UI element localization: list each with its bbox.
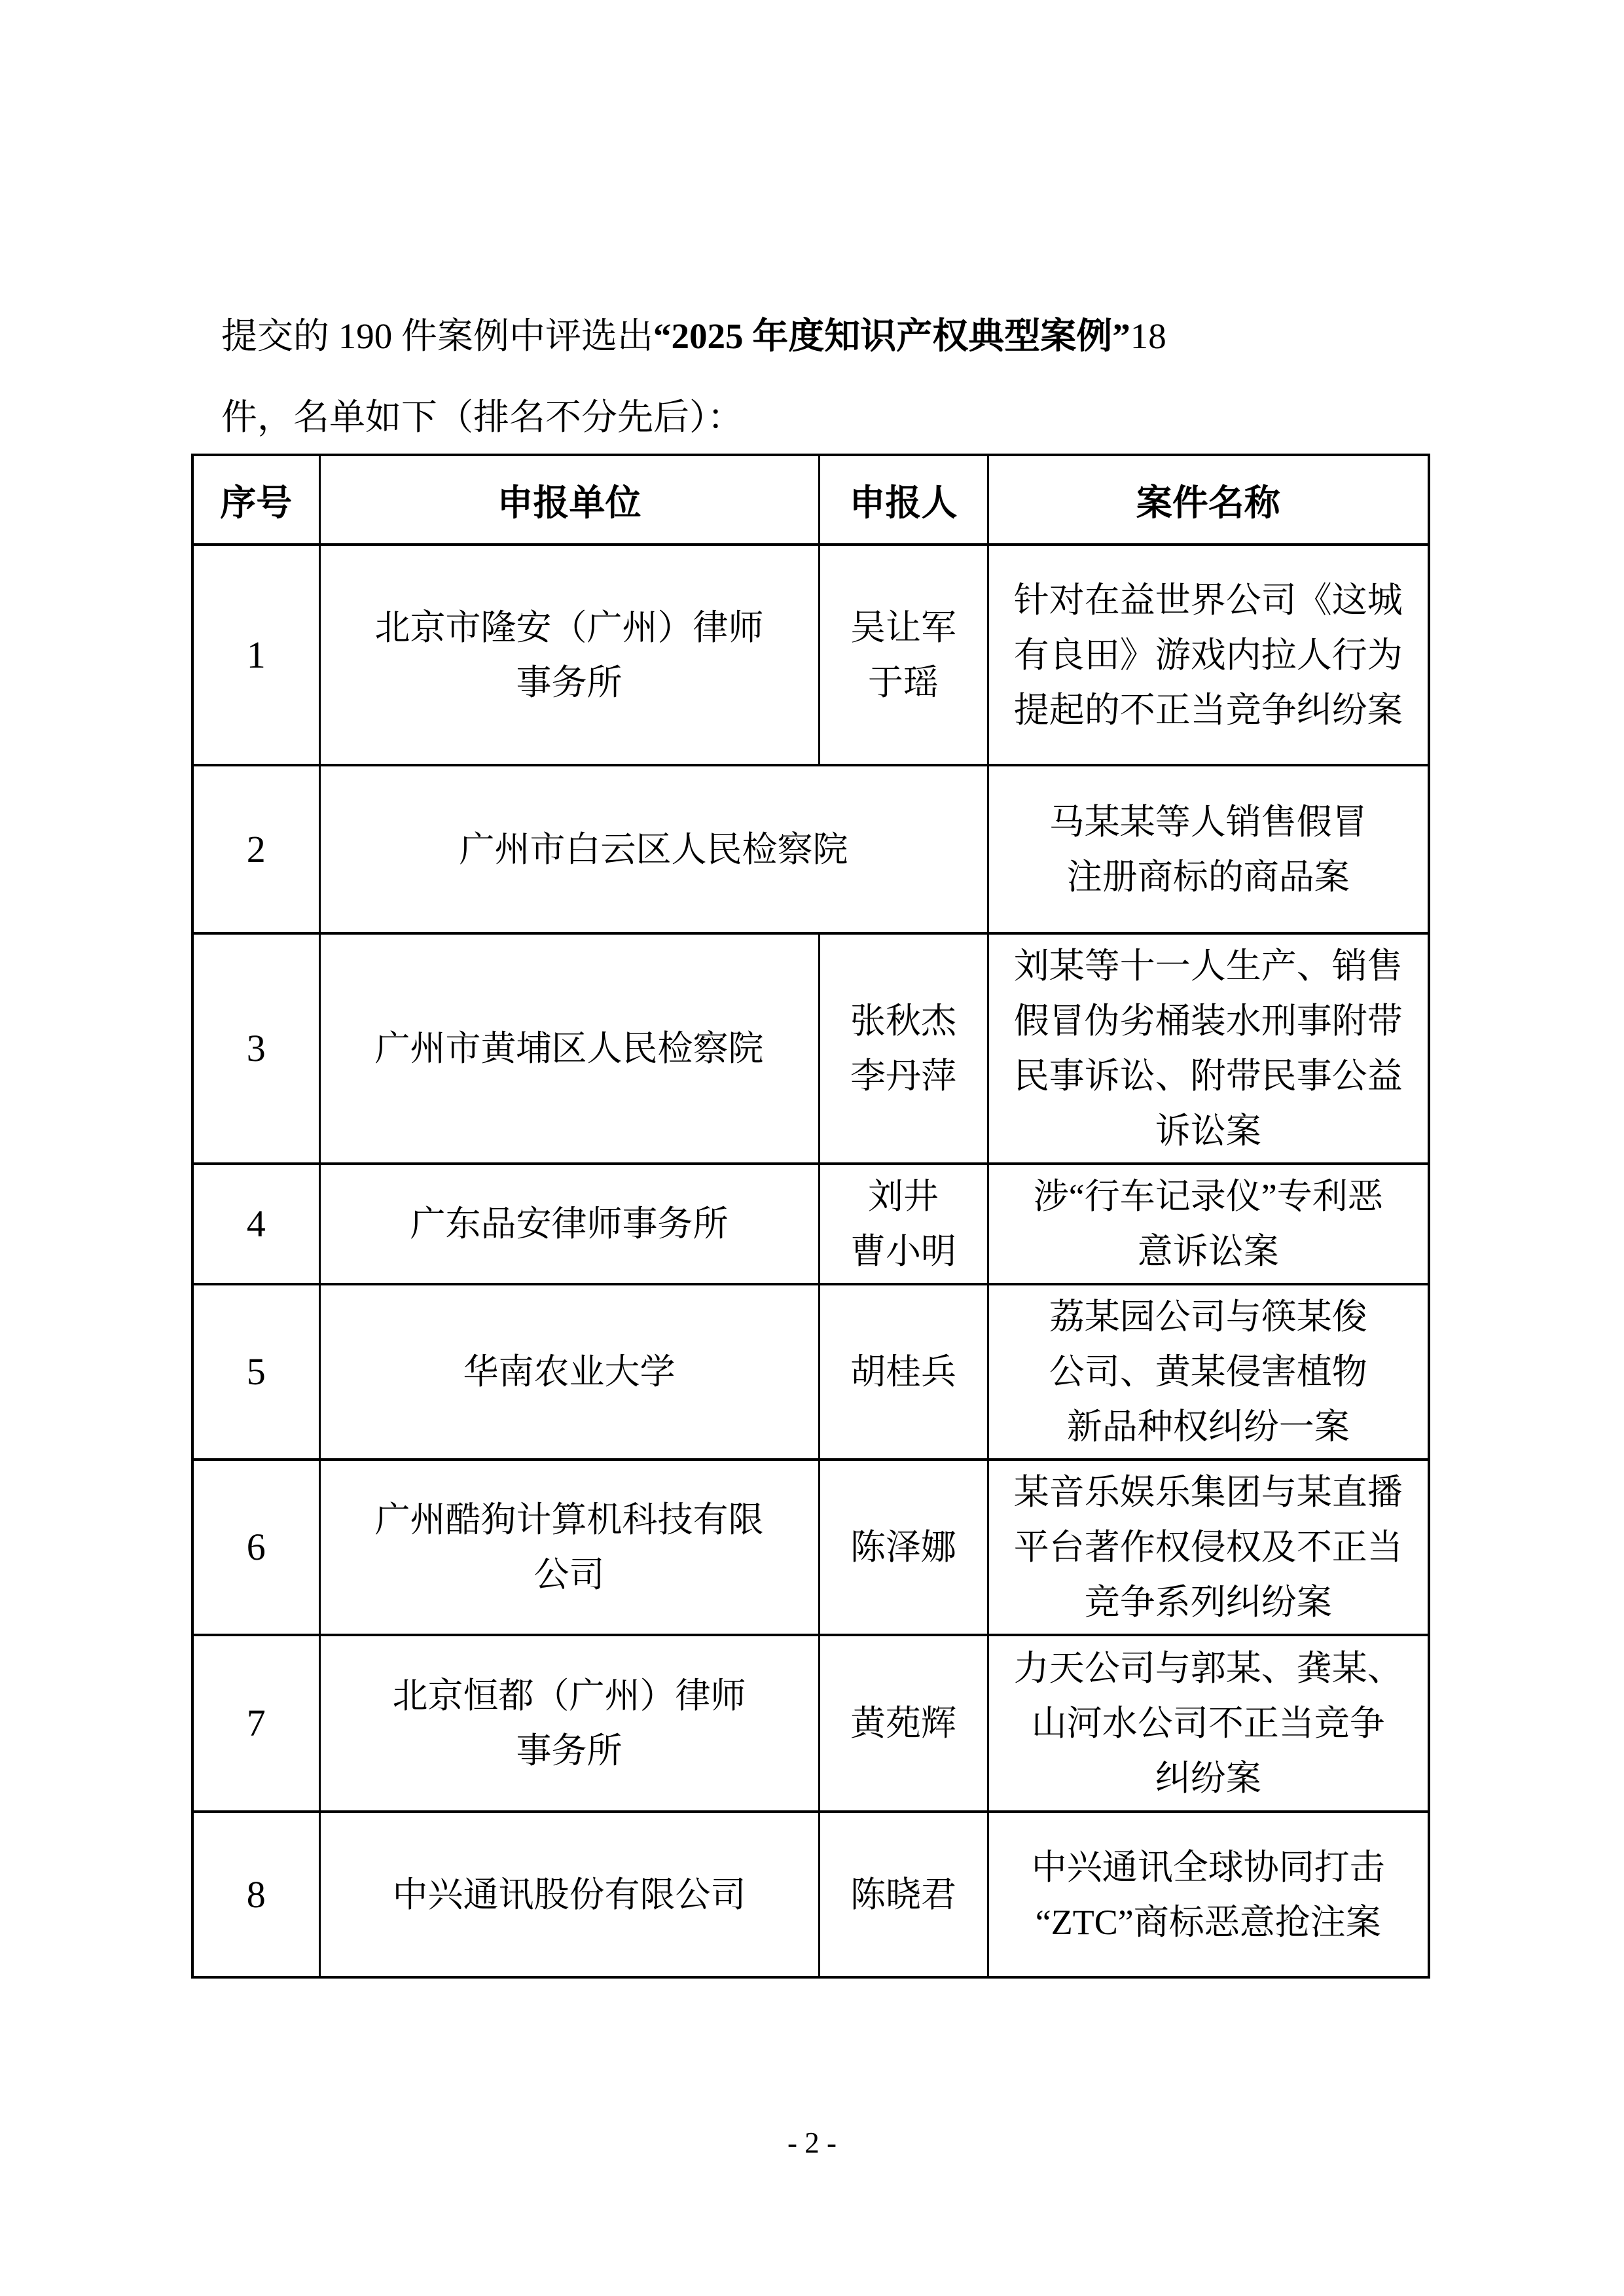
cell-unit-merged: 广州市白云区人民检察院 [319, 765, 988, 933]
table-row: 7 北京恒都（广州）律师 事务所 黄苑辉 力天公司与郭某、龚某、 山河水公司不正… [192, 1635, 1429, 1812]
intro-line-1: 提交的 190 件案例中评选出“2025 年度知识产权典型案例”18 [221, 296, 1419, 377]
cell-unit: 北京恒都（广州）律师 事务所 [319, 1635, 819, 1812]
cell-person: 陈泽娜 [819, 1460, 988, 1635]
cell-no: 7 [192, 1635, 319, 1812]
cell-unit: 华南农业大学 [319, 1284, 819, 1460]
cell-case: 某音乐娱乐集团与某直播 平台著作权侵权及不正当 竞争系列纠纷案 [988, 1460, 1429, 1635]
typical-cases-table: 序号 申报单位 申报人 案件名称 1 北京市隆安（广州）律师 事务所 吴让军 于… [191, 454, 1430, 1979]
cell-no: 3 [192, 933, 319, 1164]
cell-no: 8 [192, 1812, 319, 1977]
cell-unit: 广东品安律师事务所 [319, 1164, 819, 1284]
table-row: 5 华南农业大学 胡桂兵 荔某园公司与筷某俊 公司、黄某侵害植物 新品种权纠纷一… [192, 1284, 1429, 1460]
cell-unit: 广州市黄埔区人民检察院 [319, 933, 819, 1164]
header-cell-no: 序号 [192, 455, 319, 545]
cell-no: 4 [192, 1164, 319, 1284]
cell-case: 针对在益世界公司《这城 有良田》游戏内拉人行为 提起的不正当竞争纠纷案 [988, 545, 1429, 765]
cell-no: 6 [192, 1460, 319, 1635]
intro-line-1-tail: 18 [1130, 316, 1166, 356]
cell-unit: 中兴通讯股份有限公司 [319, 1812, 819, 1977]
document-page: 提交的 190 件案例中评选出“2025 年度知识产权典型案例”18 件，名单如… [0, 0, 1624, 2296]
cell-case: 刘某等十一人生产、销售 假冒伪劣桶装水刑事附带 民事诉讼、附带民事公益 诉讼案 [988, 933, 1429, 1164]
cell-person: 黄苑辉 [819, 1635, 988, 1812]
cell-person: 刘井 曹小明 [819, 1164, 988, 1284]
table-row: 6 广州酷狗计算机科技有限 公司 陈泽娜 某音乐娱乐集团与某直播 平台著作权侵权… [192, 1460, 1429, 1635]
cell-no: 2 [192, 765, 319, 933]
cell-person: 张秋杰 李丹萍 [819, 933, 988, 1164]
table-row: 1 北京市隆安（广州）律师 事务所 吴让军 于瑶 针对在益世界公司《这城 有良田… [192, 545, 1429, 765]
cell-case: 荔某园公司与筷某俊 公司、黄某侵害植物 新品种权纠纷一案 [988, 1284, 1429, 1460]
cell-no: 5 [192, 1284, 319, 1460]
cell-person: 吴让军 于瑶 [819, 545, 988, 765]
table-row: 4 广东品安律师事务所 刘井 曹小明 涉“行车记录仪”专利恶 意诉讼案 [192, 1164, 1429, 1284]
intro-paragraph: 提交的 190 件案例中评选出“2025 年度知识产权典型案例”18 件，名单如… [221, 296, 1419, 458]
intro-line-1-normal: 提交的 190 件案例中评选出 [221, 316, 653, 356]
cell-case: 力天公司与郭某、龚某、 山河水公司不正当竞争 纠纷案 [988, 1635, 1429, 1812]
header-cell-person: 申报人 [819, 455, 988, 545]
cell-person: 陈晓君 [819, 1812, 988, 1977]
page-number: - 2 - [0, 2126, 1624, 2160]
cell-no: 1 [192, 545, 319, 765]
table-row: 2 广州市白云区人民检察院 马某某等人销售假冒 注册商标的商品案 [192, 765, 1429, 933]
cell-case: 中兴通讯全球协同打击 “ZTC”商标恶意抢注案 [988, 1812, 1429, 1977]
cell-unit: 北京市隆安（广州）律师 事务所 [319, 545, 819, 765]
intro-line-2: 件，名单如下（排名不分先后）： [221, 377, 1419, 458]
cell-person: 胡桂兵 [819, 1284, 988, 1460]
intro-line-1-bold: “2025 年度知识产权典型案例” [653, 316, 1130, 356]
cell-unit: 广州酷狗计算机科技有限 公司 [319, 1460, 819, 1635]
cell-case: 马某某等人销售假冒 注册商标的商品案 [988, 765, 1429, 933]
table-row: 8 中兴通讯股份有限公司 陈晓君 中兴通讯全球协同打击 “ZTC”商标恶意抢注案 [192, 1812, 1429, 1977]
table-header-row: 序号 申报单位 申报人 案件名称 [192, 455, 1429, 545]
header-cell-case: 案件名称 [988, 455, 1429, 545]
header-cell-unit: 申报单位 [319, 455, 819, 545]
table-row: 3 广州市黄埔区人民检察院 张秋杰 李丹萍 刘某等十一人生产、销售 假冒伪劣桶装… [192, 933, 1429, 1164]
cell-case: 涉“行车记录仪”专利恶 意诉讼案 [988, 1164, 1429, 1284]
